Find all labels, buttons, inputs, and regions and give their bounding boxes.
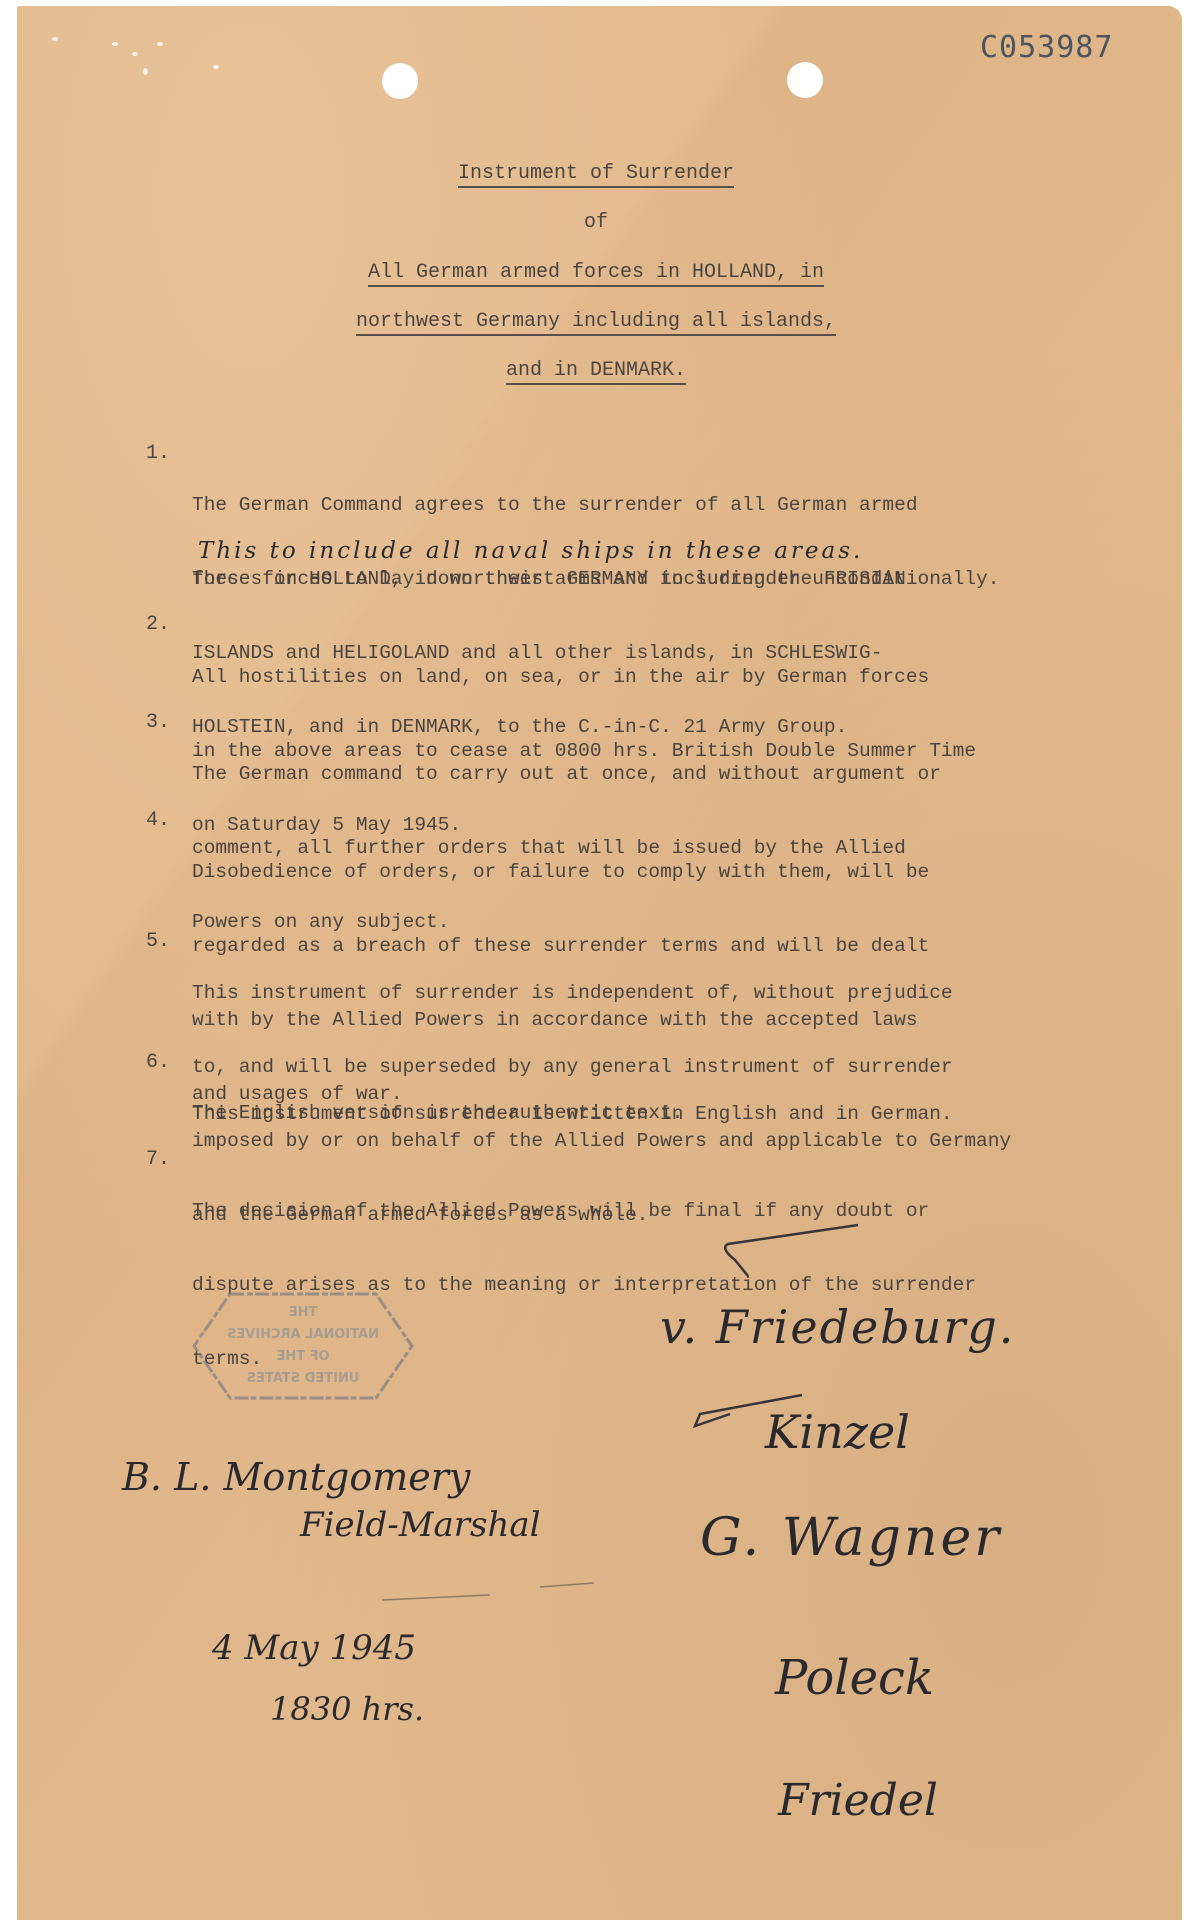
title-line-4: northwest Germany including all islands, [0,310,1192,333]
paper-damage [213,65,219,69]
signature-rank: Field-Marshal [300,1505,541,1545]
archive-stamp-text: THE NATIONAL ARCHIVES OF THE UNITED STAT… [190,1302,416,1390]
signature-date: 4 May 1945 [212,1628,416,1668]
paper-damage [157,42,163,46]
signature-poleck: Poleck [775,1650,934,1706]
signature-wagner: G. Wagner [700,1508,1002,1568]
text-line: The German command to carry out at once,… [192,762,941,787]
paper-damage [143,68,148,75]
title-line-5: and in DENMARK. [0,359,1192,382]
signature-underline [380,1575,620,1605]
paper-damage [132,52,138,56]
item-number: 2. [146,613,170,636]
text-line: Disobedience of orders, or failure to co… [192,860,929,885]
item-number: 4. [146,809,170,832]
text-line: The German Command agrees to the surrend… [192,493,918,518]
signature-friedeburg: v. Friedeburg. [660,1300,1015,1354]
title-subject-1: All German armed forces in HOLLAND, in [368,261,824,287]
title-subject-2: northwest Germany including all islands, [356,310,836,336]
title-subject-3: and in DENMARK. [506,359,686,385]
item-6-note: The English version is the authentic tex… [192,1101,683,1126]
signature-time: 1830 hrs. [270,1690,424,1728]
title-of: of [584,211,608,235]
text-line: All hostilities on land, on sea, or in t… [192,665,976,690]
handwritten-insert: This to include all naval ships in these… [198,538,863,564]
document-title: Instrument of Surrender [458,162,734,188]
signature-montgomery: B. L. Montgomery [122,1455,470,1499]
item-number: 1. [146,442,170,465]
item-number: 3. [146,711,170,734]
archive-stamp: THE NATIONAL ARCHIVES OF THE UNITED STAT… [190,1290,416,1402]
title-line-3: All German armed forces in HOLLAND, in [0,261,1192,284]
item-number: 7. [146,1148,170,1171]
signature-friedel: Friedel [778,1775,938,1826]
paper-damage [112,42,118,46]
text-line: This instrument of surrender is independ… [192,981,1011,1006]
item-number: 6. [146,1051,170,1074]
document-reference-number: C053987 [980,30,1113,65]
signature-kinzel: Kinzel [765,1405,910,1459]
title-line-1: Instrument of Surrender [0,162,1192,185]
punch-hole-left [382,63,418,99]
title-line-2: of [0,211,1192,234]
item-1-closing: These forces to lay down their arms and … [192,567,999,592]
punch-hole-right [787,62,823,98]
item-number: 5. [146,930,170,953]
paper-damage [52,37,58,41]
signature-friedeburg-flourish [680,1220,880,1280]
